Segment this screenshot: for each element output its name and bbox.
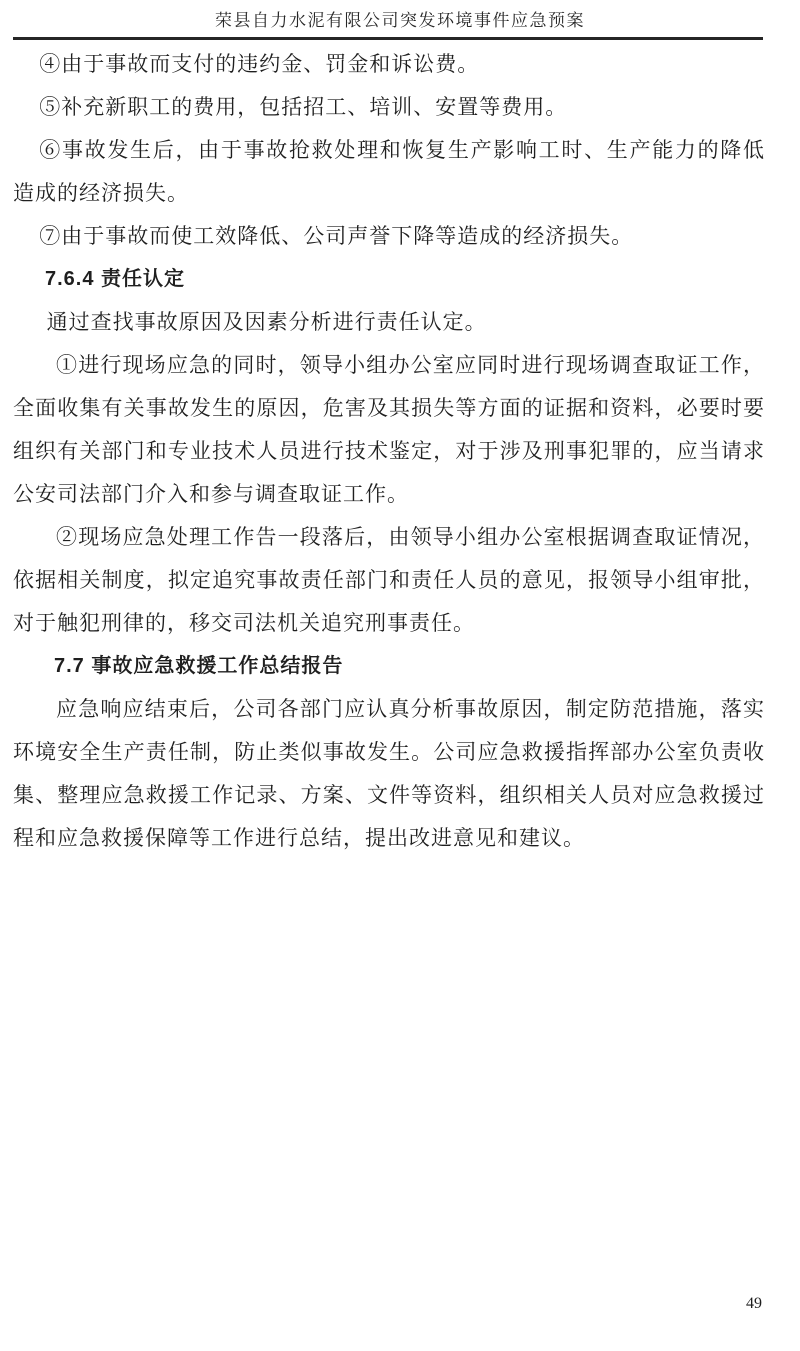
page-number: 49 bbox=[746, 1295, 762, 1313]
header-divider-rule bbox=[13, 37, 763, 40]
document-header-title: 荣县自力水泥有限公司突发环境事件应急预案 bbox=[0, 6, 800, 31]
section-heading: 7.7 事故应急救援工作总结报告 bbox=[13, 645, 765, 688]
section-heading: 7.6.4 责任认定 bbox=[13, 258, 765, 301]
body-paragraph: ①进行现场应急的同时，领导小组办公室应同时进行现场调查取证工作，全面收集有关事故… bbox=[13, 344, 765, 516]
document-body: ④由于事故而支付的违约金、罚金和诉讼费。⑤补充新职工的费用，包括招工、培训、安置… bbox=[13, 43, 765, 860]
body-paragraph: 应急响应结束后，公司各部门应认真分析事故原因，制定防范措施，落实环境安全生产责任… bbox=[13, 688, 765, 860]
body-paragraph: 通过查找事故原因及因素分析进行责任认定。 bbox=[13, 301, 765, 344]
document-page: 荣县自力水泥有限公司突发环境事件应急预案 ④由于事故而支付的违约金、罚金和诉讼费… bbox=[0, 0, 800, 1351]
body-paragraph: ⑥事故发生后，由于事故抢救处理和恢复生产影响工时、生产能力的降低造成的经济损失。 bbox=[13, 129, 765, 215]
body-paragraph: ②现场应急处理工作告一段落后，由领导小组办公室根据调查取证情况，依据相关制度，拟… bbox=[13, 516, 765, 645]
body-paragraph: ⑦由于事故而使工效降低、公司声誉下降等造成的经济损失。 bbox=[13, 215, 765, 258]
body-paragraph: ④由于事故而支付的违约金、罚金和诉讼费。 bbox=[13, 43, 765, 86]
body-paragraph: ⑤补充新职工的费用，包括招工、培训、安置等费用。 bbox=[13, 86, 765, 129]
